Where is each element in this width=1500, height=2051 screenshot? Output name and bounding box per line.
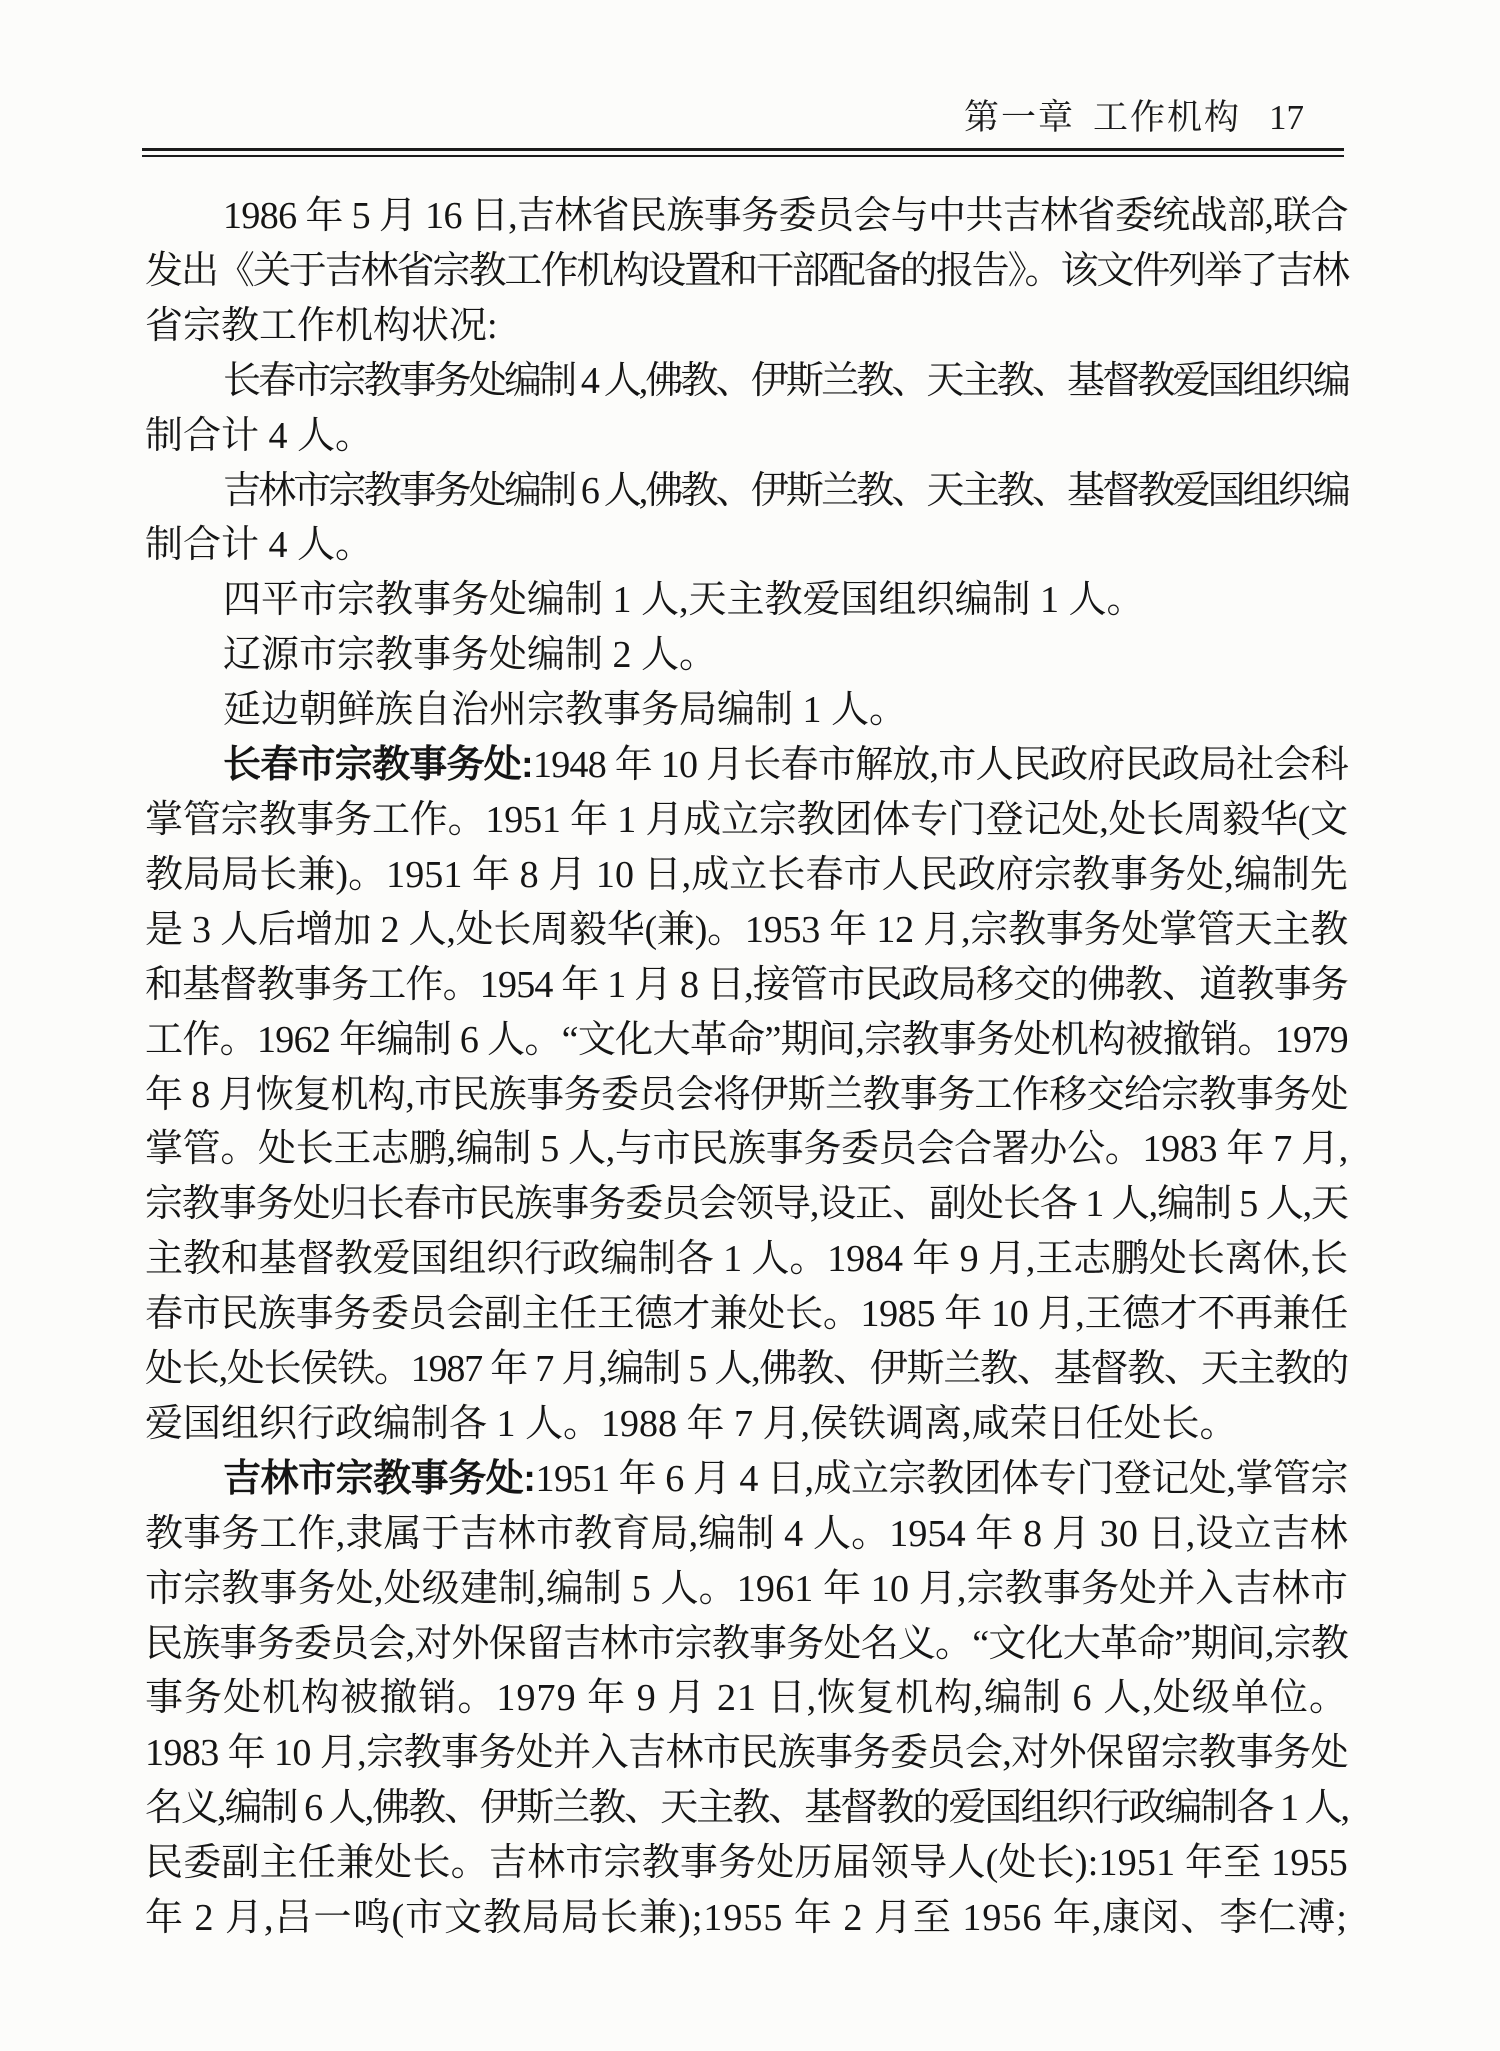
text-line: 辽源市宗教事务处编制 2 人。 <box>145 628 1348 683</box>
book-page: 第一章工作机构17 1986 年 5 月 16 日,吉林省民族事务委员会与中共吉… <box>0 0 1500 2051</box>
text-run: 1951 年 6 月 4 日,成立宗教团体专门登记处,掌管宗 <box>535 1458 1348 1500</box>
text-line: 长春市宗教事务处:1948 年 10 月长春市解放,市人民政府民政局社会科 <box>145 738 1348 793</box>
text-run: 年 2 月,吕一鸣(市文教局局长兼);1955 年 2 月至 1956 年,康闵… <box>145 1897 1348 1939</box>
bold-heading-run: 长春市宗教事务处: <box>223 744 533 786</box>
text-line: 宗教事务处归长春市民族事务委员会领导,设正、副处长各 1 人,编制 5 人,天 <box>145 1177 1348 1232</box>
text-line: 名义,编制 6 人,佛教、伊斯兰教、天主教、基督教的爱国组织行政编制各 1 人, <box>145 1781 1348 1836</box>
text-run: 事务处机构被撤销。1979 年 9 月 21 日,恢复机构,编制 6 人,处级单… <box>145 1677 1348 1719</box>
text-line: 制合计 4 人。 <box>145 409 1348 464</box>
text-line: 掌管宗教事务工作。1951 年 1 月成立宗教团体专门登记处,处长周毅华(文 <box>145 793 1348 848</box>
text-run: 春市民族事务委员会副主任王德才兼处长。1985 年 10 月,王德才不再兼任 <box>145 1293 1348 1335</box>
text-line: 掌管。处长王志鹏,编制 5 人,与市民族事务委员会合署办公。1983 年 7 月… <box>145 1122 1348 1177</box>
text-line: 主教和基督教爱国组织行政编制各 1 人。1984 年 9 月,王志鹏处长离休,长 <box>145 1232 1348 1287</box>
chapter-title: 第一章 <box>964 98 1075 137</box>
text-line: 和基督教事务工作。1954 年 1 月 8 日,接管市民政局移交的佛教、道教事务 <box>145 958 1348 1013</box>
text-line: 教局局长兼)。1951 年 8 月 10 日,成立长春市人民政府宗教事务处,编制… <box>145 848 1348 903</box>
text-run: 1986 年 5 月 16 日,吉林省民族事务委员会与中共吉林省委统战部,联合 <box>223 195 1348 237</box>
text-run: 主教和基督教爱国组织行政编制各 1 人。1984 年 9 月,王志鹏处长离休,长 <box>145 1238 1348 1280</box>
text-line: 民族事务委员会,对外保留吉林市宗教事务处名义。“文化大革命”期间,宗教 <box>145 1617 1348 1672</box>
text-line: 市宗教事务处,处级建制,编制 5 人。1961 年 10 月,宗教事务处并入吉林… <box>145 1562 1348 1617</box>
text-run: 民族事务委员会,对外保留吉林市宗教事务处名义。“文化大革命”期间,宗教 <box>145 1623 1348 1665</box>
text-line: 吉林市宗教事务处编制 6 人,佛教、伊斯兰教、天主教、基督教爱国组织编 <box>145 464 1348 519</box>
text-run: 吉林市宗教事务处编制 6 人,佛教、伊斯兰教、天主教、基督教爱国组织编 <box>223 470 1348 512</box>
text-run: 1983 年 10 月,宗教事务处并入吉林市民族事务委员会,对外保留宗教事务处 <box>145 1732 1348 1774</box>
text-line: 处长,处长侯铁。1987 年 7 月,编制 5 人,佛教、伊斯兰教、基督教、天主… <box>145 1342 1348 1397</box>
text-line: 制合计 4 人。 <box>145 518 1348 573</box>
text-run: 延边朝鲜族自治州宗教事务局编制 1 人。 <box>223 689 907 731</box>
text-run: 掌管。处长王志鹏,编制 5 人,与市民族事务委员会合署办公。1983 年 7 月… <box>145 1128 1348 1170</box>
text-run: 掌管宗教事务工作。1951 年 1 月成立宗教团体专门登记处,处长周毅华(文 <box>145 799 1348 841</box>
text-line: 1986 年 5 月 16 日,吉林省民族事务委员会与中共吉林省委统战部,联合 <box>145 189 1348 244</box>
text-line: 年 8 月恢复机构,市民族事务委员会将伊斯兰教事务工作移交给宗教事务处 <box>145 1068 1348 1123</box>
text-run: 发出《关于吉林省宗教工作机构设置和干部配备的报告》。该文件列举了吉林 <box>145 250 1348 292</box>
text-run: 工作。1962 年编制 6 人。“文化大革命”期间,宗教事务处机构被撤销。197… <box>145 1019 1348 1061</box>
text-run: 市宗教事务处,处级建制,编制 5 人。1961 年 10 月,宗教事务处并入吉林… <box>145 1568 1348 1610</box>
text-run: 长春市宗教事务处编制 4 人,佛教、伊斯兰教、天主教、基督教爱国组织编 <box>223 360 1348 402</box>
page-number: 17 <box>1269 98 1304 137</box>
text-line: 1983 年 10 月,宗教事务处并入吉林市民族事务委员会,对外保留宗教事务处 <box>145 1726 1348 1781</box>
text-line: 事务处机构被撤销。1979 年 9 月 21 日,恢复机构,编制 6 人,处级单… <box>145 1671 1348 1726</box>
text-run: 是 3 人后增加 2 人,处长周毅华(兼)。1953 年 12 月,宗教事务处掌… <box>145 909 1348 951</box>
text-run: 爱国组织行政编制各 1 人。1988 年 7 月,侯铁调离,咸荣日任处长。 <box>145 1403 1238 1445</box>
text-run: 和基督教事务工作。1954 年 1 月 8 日,接管市民政局移交的佛教、道教事务 <box>145 964 1348 1006</box>
text-line: 吉林市宗教事务处:1951 年 6 月 4 日,成立宗教团体专门登记处,掌管宗 <box>145 1452 1348 1507</box>
text-run: 民委副主任兼处长。吉林市宗教事务处历届领导人(处长):1951 年至 1955 <box>145 1842 1348 1884</box>
bold-heading-run: 吉林市宗教事务处: <box>223 1458 535 1500</box>
text-line: 爱国组织行政编制各 1 人。1988 年 7 月,侯铁调离,咸荣日任处长。 <box>145 1397 1348 1452</box>
text-line: 民委副主任兼处长。吉林市宗教事务处历届领导人(处长):1951 年至 1955 <box>145 1836 1348 1891</box>
text-run: 年 8 月恢复机构,市民族事务委员会将伊斯兰教事务工作移交给宗教事务处 <box>145 1074 1348 1116</box>
text-run: 制合计 4 人。 <box>145 524 373 566</box>
text-run: 宗教事务处归长春市民族事务委员会领导,设正、副处长各 1 人,编制 5 人,天 <box>145 1183 1348 1225</box>
text-run: 教局局长兼)。1951 年 8 月 10 日,成立长春市人民政府宗教事务处,编制… <box>145 854 1348 896</box>
text-line: 省宗教工作机构状况: <box>145 299 1348 354</box>
text-line: 工作。1962 年编制 6 人。“文化大革命”期间,宗教事务处机构被撤销。197… <box>145 1013 1348 1068</box>
text-line: 延边朝鲜族自治州宗教事务局编制 1 人。 <box>145 683 1348 738</box>
text-line: 发出《关于吉林省宗教工作机构设置和干部配备的报告》。该文件列举了吉林 <box>145 244 1348 299</box>
text-line: 长春市宗教事务处编制 4 人,佛教、伊斯兰教、天主教、基督教爱国组织编 <box>145 354 1348 409</box>
text-line: 春市民族事务委员会副主任王德才兼处长。1985 年 10 月,王德才不再兼任 <box>145 1287 1348 1342</box>
text-run: 省宗教工作机构状况: <box>145 305 498 347</box>
body-text: 1986 年 5 月 16 日,吉林省民族事务委员会与中共吉林省委统战部,联合发… <box>145 189 1348 1946</box>
header-rule <box>142 148 1344 157</box>
text-line: 年 2 月,吕一鸣(市文教局局长兼);1955 年 2 月至 1956 年,康闵… <box>145 1891 1348 1946</box>
text-run: 1948 年 10 月长春市解放,市人民政府民政局社会科 <box>533 744 1348 786</box>
section-title: 工作机构 <box>1093 98 1241 137</box>
text-run: 四平市宗教事务处编制 1 人,天主教爱国组织编制 1 人。 <box>223 579 1145 621</box>
text-run: 名义,编制 6 人,佛教、伊斯兰教、天主教、基督教的爱国组织行政编制各 1 人, <box>145 1787 1348 1829</box>
text-line: 四平市宗教事务处编制 1 人,天主教爱国组织编制 1 人。 <box>145 573 1348 628</box>
text-line: 是 3 人后增加 2 人,处长周毅华(兼)。1953 年 12 月,宗教事务处掌… <box>145 903 1348 958</box>
text-run: 教事务工作,隶属于吉林市教育局,编制 4 人。1954 年 8 月 30 日,设… <box>145 1513 1348 1555</box>
text-run: 处长,处长侯铁。1987 年 7 月,编制 5 人,佛教、伊斯兰教、基督教、天主… <box>145 1348 1348 1390</box>
running-head: 第一章工作机构17 <box>145 98 1348 138</box>
text-run: 辽源市宗教事务处编制 2 人。 <box>223 634 717 676</box>
text-line: 教事务工作,隶属于吉林市教育局,编制 4 人。1954 年 8 月 30 日,设… <box>145 1507 1348 1562</box>
text-run: 制合计 4 人。 <box>145 415 373 457</box>
